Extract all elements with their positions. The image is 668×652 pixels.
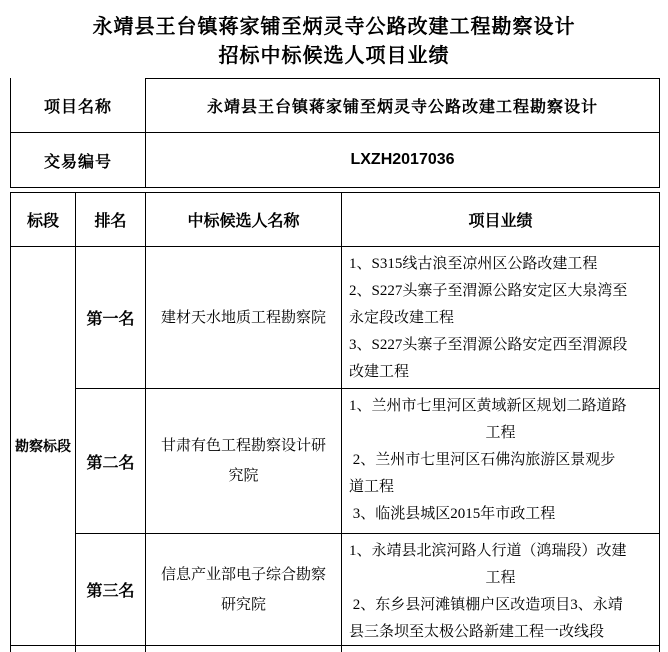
rank-cell-third: 第三名 [76,534,146,646]
achievement-line: 工程 [349,565,652,592]
candidate-cell-second: 甘肃有色工程勘察设计研究院 [146,389,342,534]
candidates-results-table: 标段 排名 中标候选人名称 项目业绩 勘察标段 第一名 建材天水地质工程勘察院 … [10,192,660,652]
next-row-stub-col2 [76,646,146,652]
transaction-number-value: LXZH2017036 [146,133,660,188]
achievement-line: 改建工程 [349,359,652,386]
project-info-table: 项目名称 永靖县王台镇蒋家铺至炳灵寺公路改建工程勘察设计 交易编号 LXZH20… [10,78,660,188]
achievement-line: 2、S227头寨子至渭源公路安定区大泉湾至 [349,278,652,305]
next-row-stub-col3 [146,646,342,652]
rank-cell-second: 第二名 [76,389,146,534]
achievement-line: 3、S227头寨子至渭源公路安定西至渭源段 [349,332,652,359]
transaction-number-label: 交易编号 [10,133,146,188]
project-name-label: 项目名称 [10,78,146,133]
achievements-cell-second: 1、兰州市七里河区黄域新区规划二路道路工程 2、兰州市七里河区石佛沟旅游区景观步… [342,389,660,534]
section-label-survey: 勘察标段 [11,247,76,646]
document-title-line2: 招标中标候选人项目业绩 [0,42,668,71]
transaction-number-row: 交易编号 LXZH2017036 [10,133,660,188]
achievement-line: 县三条坝至太极公路新建工程一改线段 [349,619,652,646]
header-rank: 排名 [76,193,146,247]
achievement-line: 2、东乡县河滩镇棚户区改造项目3、永靖 [349,592,652,619]
header-candidate-name: 中标候选人名称 [146,193,342,247]
achievement-line: 1、S315线古浪至凉州区公路改建工程 [349,251,652,278]
achievement-line: 3、临洮县城区2015年市政工程 [349,501,652,528]
project-name-value: 永靖县王台镇蒋家铺至炳灵寺公路改建工程勘察设计 [146,78,660,133]
header-section: 标段 [11,193,76,247]
achievement-line: 永定段改建工程 [349,305,652,332]
achievement-line: 1、永靖县北滨河路人行道（鸿瑞段）改建 [349,538,652,565]
achievements-cell-first: 1、S315线古浪至凉州区公路改建工程2、S227头寨子至渭源公路安定区大泉湾至… [342,247,660,389]
document-title-line1: 永靖县王台镇蒋家铺至炳灵寺公路改建工程勘察设计 [0,13,668,42]
achievement-line: 2、兰州市七里河区石佛沟旅游区景观步 [349,447,652,474]
achievements-cell-third: 1、永靖县北滨河路人行道（鸿瑞段）改建工程 2、东乡县河滩镇棚户区改造项目3、永… [342,534,660,646]
document-title: 永靖县王台镇蒋家铺至炳灵寺公路改建工程勘察设计 招标中标候选人项目业绩 [0,13,668,71]
header-achievements: 项目业绩 [342,193,660,247]
achievement-line: 道工程 [349,474,652,501]
next-row-stub-col1 [11,646,76,652]
achievement-line: 工程 [349,420,652,447]
next-row-stub-col4 [342,646,660,652]
candidate-cell-third: 信息产业部电子综合勘察研究院 [146,534,342,646]
project-name-row: 项目名称 永靖县王台镇蒋家铺至炳灵寺公路改建工程勘察设计 [10,78,660,133]
achievement-line: 1、兰州市七里河区黄域新区规划二路道路 [349,393,652,420]
rank-cell-first: 第一名 [76,247,146,389]
candidate-cell-first: 建材天水地质工程勘察院 [146,247,342,389]
